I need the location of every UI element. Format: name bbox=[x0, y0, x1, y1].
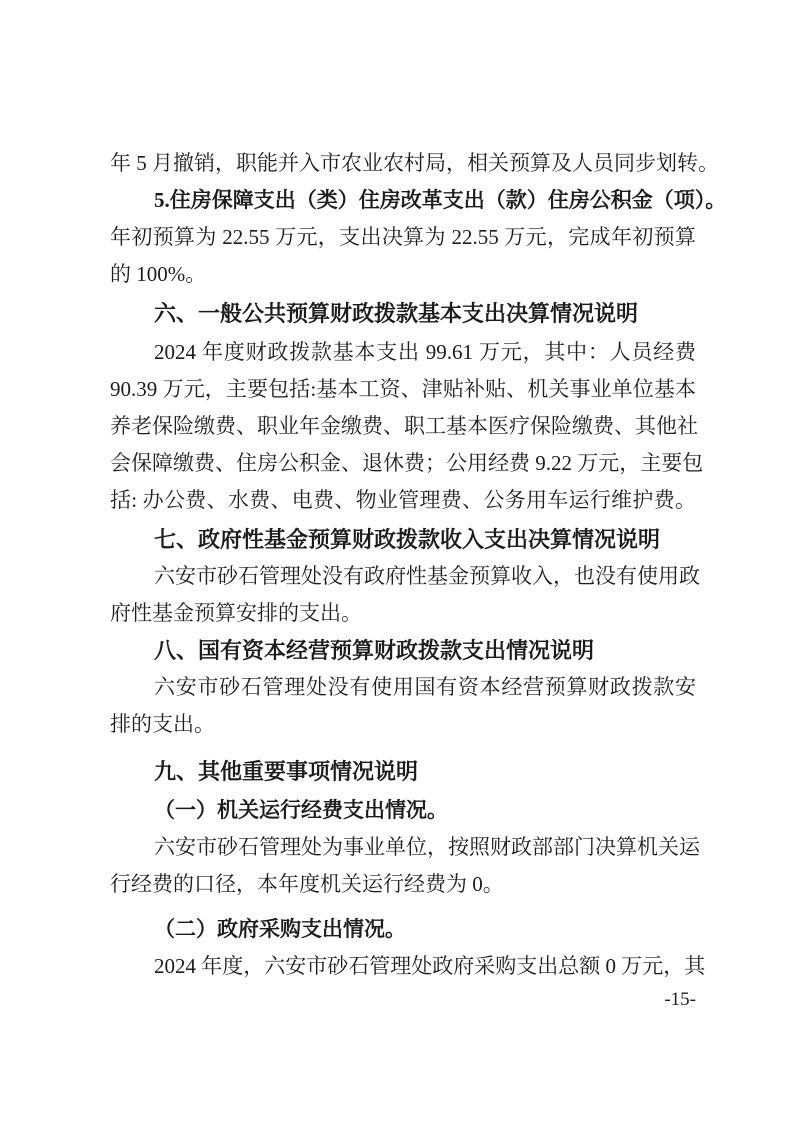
text-line: 括: 办公费、水费、电费、物业管理费、公务用车运行维护费。 bbox=[110, 482, 696, 519]
text-line: （一）机关运行经费支出情况。 bbox=[110, 792, 696, 829]
text-line: 的 100%。 bbox=[110, 256, 696, 293]
text-line: 养老保险缴费、职业年金缴费、职工基本医疗保险缴费、其他社 bbox=[110, 408, 696, 445]
text-line: 六安市砂石管理处为事业单位，按照财政部部门决算机关运 bbox=[110, 829, 696, 866]
text-line: 八、国有资本经营预算财政拨款支出情况说明 bbox=[110, 632, 696, 669]
document-page: 年 5 月撤销，职能并入市农业农村局，相关预算及人员同步划转。5.住房保障支出（… bbox=[0, 0, 793, 1122]
text-line: 年初预算为 22.55 万元，支出决算为 22.55 万元，完成年初预算 bbox=[110, 219, 696, 256]
text-line: 2024 年度财政拨款基本支出 99.61 万元，其中：人员经费 bbox=[110, 334, 696, 371]
text-line: 90.39 万元，主要包括:基本工资、津贴补贴、机关事业单位基本 bbox=[110, 371, 696, 408]
text-line: （二）政府采购支出情况。 bbox=[110, 911, 696, 948]
text-line: 七、政府性基金预算财政拨款收入支出决算情况说明 bbox=[110, 521, 696, 558]
text-line: 九、其他重要事项情况说明 bbox=[110, 753, 696, 790]
text-line: 六安市砂石管理处没有使用国有资本经营预算财政拨款安 bbox=[110, 669, 696, 706]
text-line: 六安市砂石管理处没有政府性基金预算收入，也没有使用政 bbox=[110, 558, 696, 595]
text-line: 5.住房保障支出（类）住房改革支出（款）住房公积金（项）。 bbox=[110, 182, 696, 219]
text-line: 六、一般公共预算财政拨款基本支出决算情况说明 bbox=[110, 295, 696, 332]
document-body: 年 5 月撤销，职能并入市农业农村局，相关预算及人员同步划转。5.住房保障支出（… bbox=[110, 145, 696, 985]
text-line: 会保障缴费、住房公积金、退休费；公用经费 9.22 万元，主要包 bbox=[110, 445, 696, 482]
text-line: 府性基金预算安排的支出。 bbox=[110, 595, 696, 632]
text-line: 2024 年度，六安市砂石管理处政府采购支出总额 0 万元，其 bbox=[110, 948, 696, 985]
text-line: 排的支出。 bbox=[110, 706, 696, 743]
text-line: 行经费的口径，本年度机关运行经费为 0。 bbox=[110, 866, 696, 903]
text-line: 年 5 月撤销，职能并入市农业农村局，相关预算及人员同步划转。 bbox=[110, 145, 696, 182]
page-number: -15- bbox=[110, 986, 696, 1014]
